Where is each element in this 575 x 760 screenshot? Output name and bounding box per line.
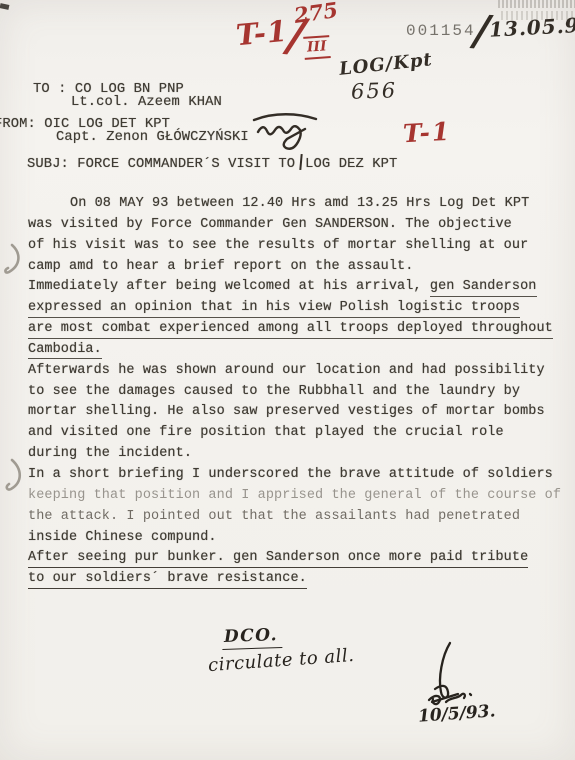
body-line: Cambodia. (28, 342, 568, 363)
text-segment: keeping that position and I apprised the… (28, 488, 561, 503)
text-segment: the attack. I pointed out that the assai… (28, 509, 520, 524)
document-page: 275 T-1 / III T-1 001154 / 13.05.93 LOG/… (0, 0, 575, 760)
text-segment: of his visit was to see the results of m… (28, 238, 528, 253)
handwritten-dco: DCO. (222, 625, 283, 650)
handwritten-red-reference: T-1 (235, 14, 290, 52)
body-line: camp amd to hear a brief report on the a… (28, 259, 568, 280)
margin-mark (1, 243, 25, 279)
body-line: On 08 MAY 93 between 12.40 Hrs amd 13.25… (28, 196, 568, 217)
text-segment: was visited by Force Commander Gen SANDE… (28, 217, 512, 232)
signature-scribble (246, 110, 322, 152)
scan-artifact-texture (498, 0, 575, 8)
body-line: during the incident. (28, 446, 568, 467)
text-segment: On 08 MAY 93 between 12.40 Hrs amd 13.25… (70, 196, 529, 211)
underlined-text: After seeing pur bunker. gen Sanderson o… (28, 550, 528, 568)
body-line: was visited by Force Commander Gen SANDE… (28, 217, 568, 238)
body-line: to see the damages caused to the Rubbhal… (28, 384, 568, 405)
subject-value-post: LOG DEZ KPT (305, 157, 397, 172)
text-segment: to see the damages caused to the Rubbhal… (28, 384, 520, 399)
text-segment: Immediately after being welcomed at his … (28, 279, 430, 294)
body-line: mortar shelling. He also saw preserved v… (28, 404, 568, 425)
subject-line: SUBJ: FORCE COMMANDER´S VISIT TOLOG DEZ … (27, 154, 397, 172)
registry-number: 001154 (406, 22, 476, 40)
underlined-text: gen Sanderson (430, 279, 537, 297)
body-line: inside Chinese compund. (28, 530, 568, 551)
body-text: On 08 MAY 93 between 12.40 Hrs amd 13.25… (28, 196, 568, 592)
body-line: expressed an opinion that in his view Po… (28, 300, 568, 321)
underlined-text: are most combat experienced among all tr… (28, 321, 553, 339)
handwritten-signature-date: 10/5/93. (417, 701, 496, 726)
body-line: are most combat experienced among all tr… (28, 321, 568, 342)
text-segment: inside Chinese compund. (28, 530, 217, 545)
underlined-text: Cambodia. (28, 342, 102, 360)
body-line: to our soldiers´ brave resistance. (28, 571, 568, 592)
to-person: Lt.col. Azeem KHAN (71, 95, 222, 110)
text-segment: camp amd to hear a brief report on the a… (28, 259, 413, 274)
underlined-text: expressed an opinion that in his view Po… (28, 300, 520, 318)
body-line: of his visit was to see the results of m… (28, 238, 568, 259)
handwritten-tick-mark (299, 154, 302, 170)
text-segment: during the incident. (28, 446, 192, 461)
body-line: In a short briefing I underscored the br… (28, 467, 568, 488)
body-line: Immediately after being welcomed at his … (28, 279, 568, 300)
text-segment: and visited one fire position that playe… (28, 425, 504, 440)
from-person: Capt. Zenon GŁÓWCZYŃSKI (56, 130, 249, 145)
margin-mark (2, 458, 26, 496)
body-line: keeping that position and I apprised the… (28, 488, 568, 509)
body-line: and visited one fire position that playe… (28, 425, 568, 446)
handwritten-red-reference-sub: III (303, 35, 330, 60)
text-segment: Afterwards he was shown around our locat… (28, 363, 545, 378)
body-line: the attack. I pointed out that the assai… (28, 509, 568, 530)
from-label: FROM: (0, 117, 36, 132)
handwritten-dept-code: LOG/Kpt (338, 49, 434, 80)
text-segment: In a short briefing I underscored the br… (28, 467, 553, 482)
subject-label: SUBJ: (27, 157, 69, 172)
subject-value-pre: FORCE COMMANDER´S VISIT TO (77, 157, 295, 172)
underlined-text: to our soldiers´ brave resistance. (28, 571, 307, 589)
body-line: Afterwards he was shown around our locat… (28, 363, 568, 384)
body-line: After seeing pur bunker. gen Sanderson o… (28, 550, 568, 571)
handwritten-red-copy-mark: T-1 (402, 117, 452, 148)
scan-artifact-mark (0, 3, 9, 10)
text-segment: mortar shelling. He also saw preserved v… (28, 404, 545, 419)
handwritten-registry-date: 13.05.93 (488, 12, 575, 41)
handwritten-dept-number: 656 (351, 78, 398, 104)
to-label: TO : (33, 82, 67, 97)
